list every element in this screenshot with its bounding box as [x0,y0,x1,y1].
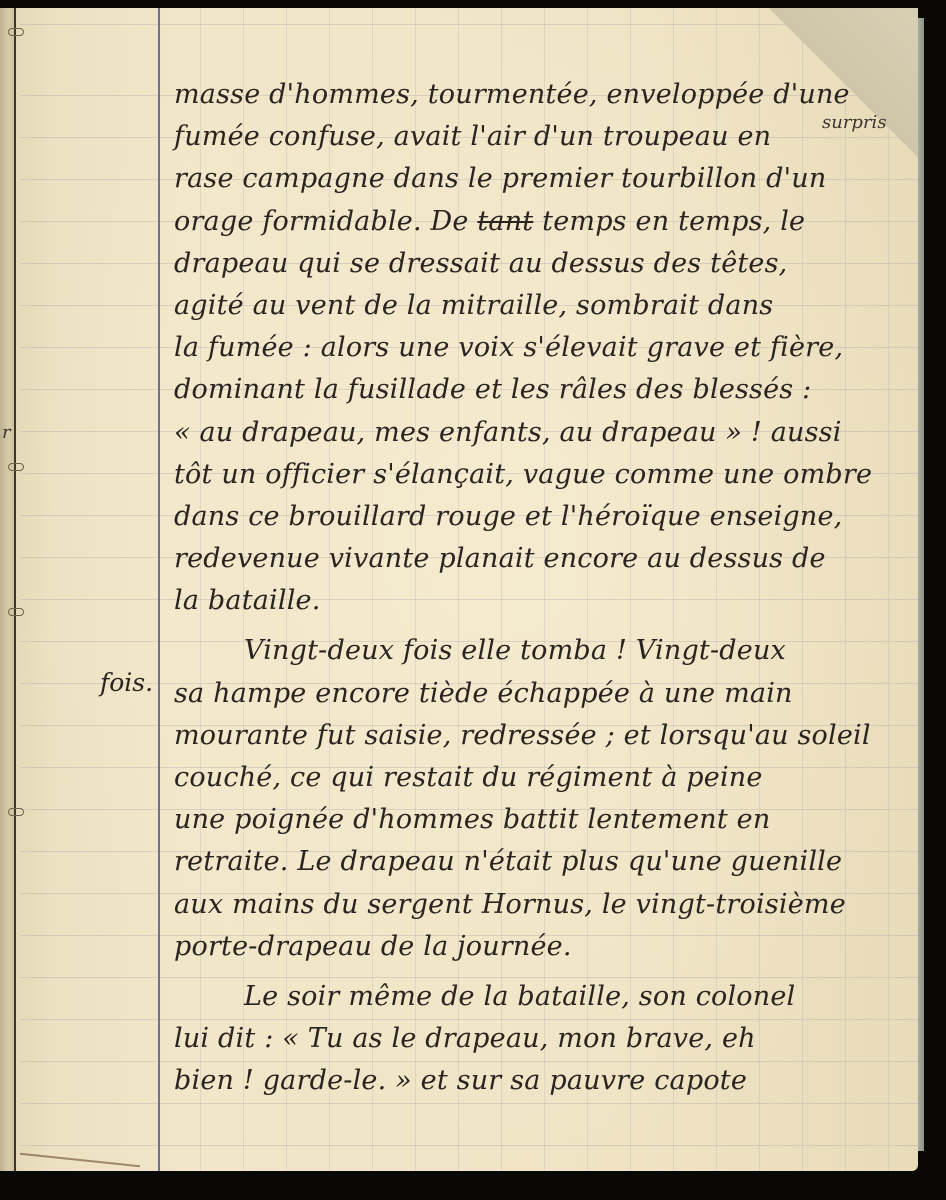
left-edge-fragment: r [2,422,11,443]
page-edge [918,18,924,1151]
notebook-spine [0,8,16,1171]
text-line: orage formidable. De tant temps en temps… [174,201,914,243]
text-line: « au drapeau, mes enfants, au drapeau » … [174,412,914,454]
text-line: dominant la fusillade et les râles des b… [174,369,914,411]
text-line: bien ! garde-le. » et sur sa pauvre capo… [174,1060,914,1102]
margin-note-fois: fois. [100,668,153,697]
paragraph-1: masse d'hommes, tourmentée, enveloppée d… [174,74,914,622]
text-line: la bataille. [174,580,914,622]
text-line: drapeau qui se dressait au dessus des tê… [174,243,914,285]
text-line: aux mains du sergent Hornus, le vingt-tr… [174,884,914,926]
text-line: lui dit : « Tu as le drapeau, mon brave,… [174,1018,914,1060]
struck-word: tant [477,206,533,237]
text-line: agité au vent de la mitraille, sombrait … [174,285,914,327]
text-fragment: temps en temps, le [542,206,805,237]
text-line: couché, ce qui restait du régiment à pei… [174,757,914,799]
text-line: rase campagne dans le premier tourbillon… [174,158,914,200]
margin-line [158,8,160,1171]
notebook-page: r fois. surpris masse d'hommes, tourment… [0,8,918,1171]
text-line: porte-drapeau de la journée. [174,926,914,968]
paragraph-3: Le soir même de la bataille, son colonel… [174,976,914,1103]
text-line: masse d'hommes, tourmentée, enveloppée d… [174,74,914,116]
binding-stitch-icon [8,808,24,816]
handwritten-text: masse d'hommes, tourmentée, enveloppée d… [174,74,914,1103]
text-line: fumée confuse, avait l'air d'un troupeau… [174,116,914,158]
binding-stitch-icon [8,28,24,36]
text-line: retraite. Le drapeau n'était plus qu'une… [174,841,914,883]
text-line: Le soir même de la bataille, son colonel [174,976,914,1018]
binding-stitch-icon [8,608,24,616]
text-line: une poignée d'hommes battit lentement en [174,799,914,841]
text-line: sa hampe encore tiède échappée à une mai… [174,673,914,715]
text-line: mourante fut saisie, redressée ; et lors… [174,715,914,757]
text-line: dans ce brouillard rouge et l'héroïque e… [174,496,914,538]
text-line: tôt un officier s'élançait, vague comme … [174,454,914,496]
paragraph-2: Vingt-deux fois elle tomba ! Vingt-deux … [174,630,914,968]
text-line: redevenue vivante planait encore au dess… [174,538,914,580]
text-fragment: orage formidable. De [174,206,469,237]
text-line: Vingt-deux fois elle tomba ! Vingt-deux [174,630,914,672]
binding-stitch-icon [8,463,24,471]
text-line: la fumée : alors une voix s'élevait grav… [174,327,914,369]
